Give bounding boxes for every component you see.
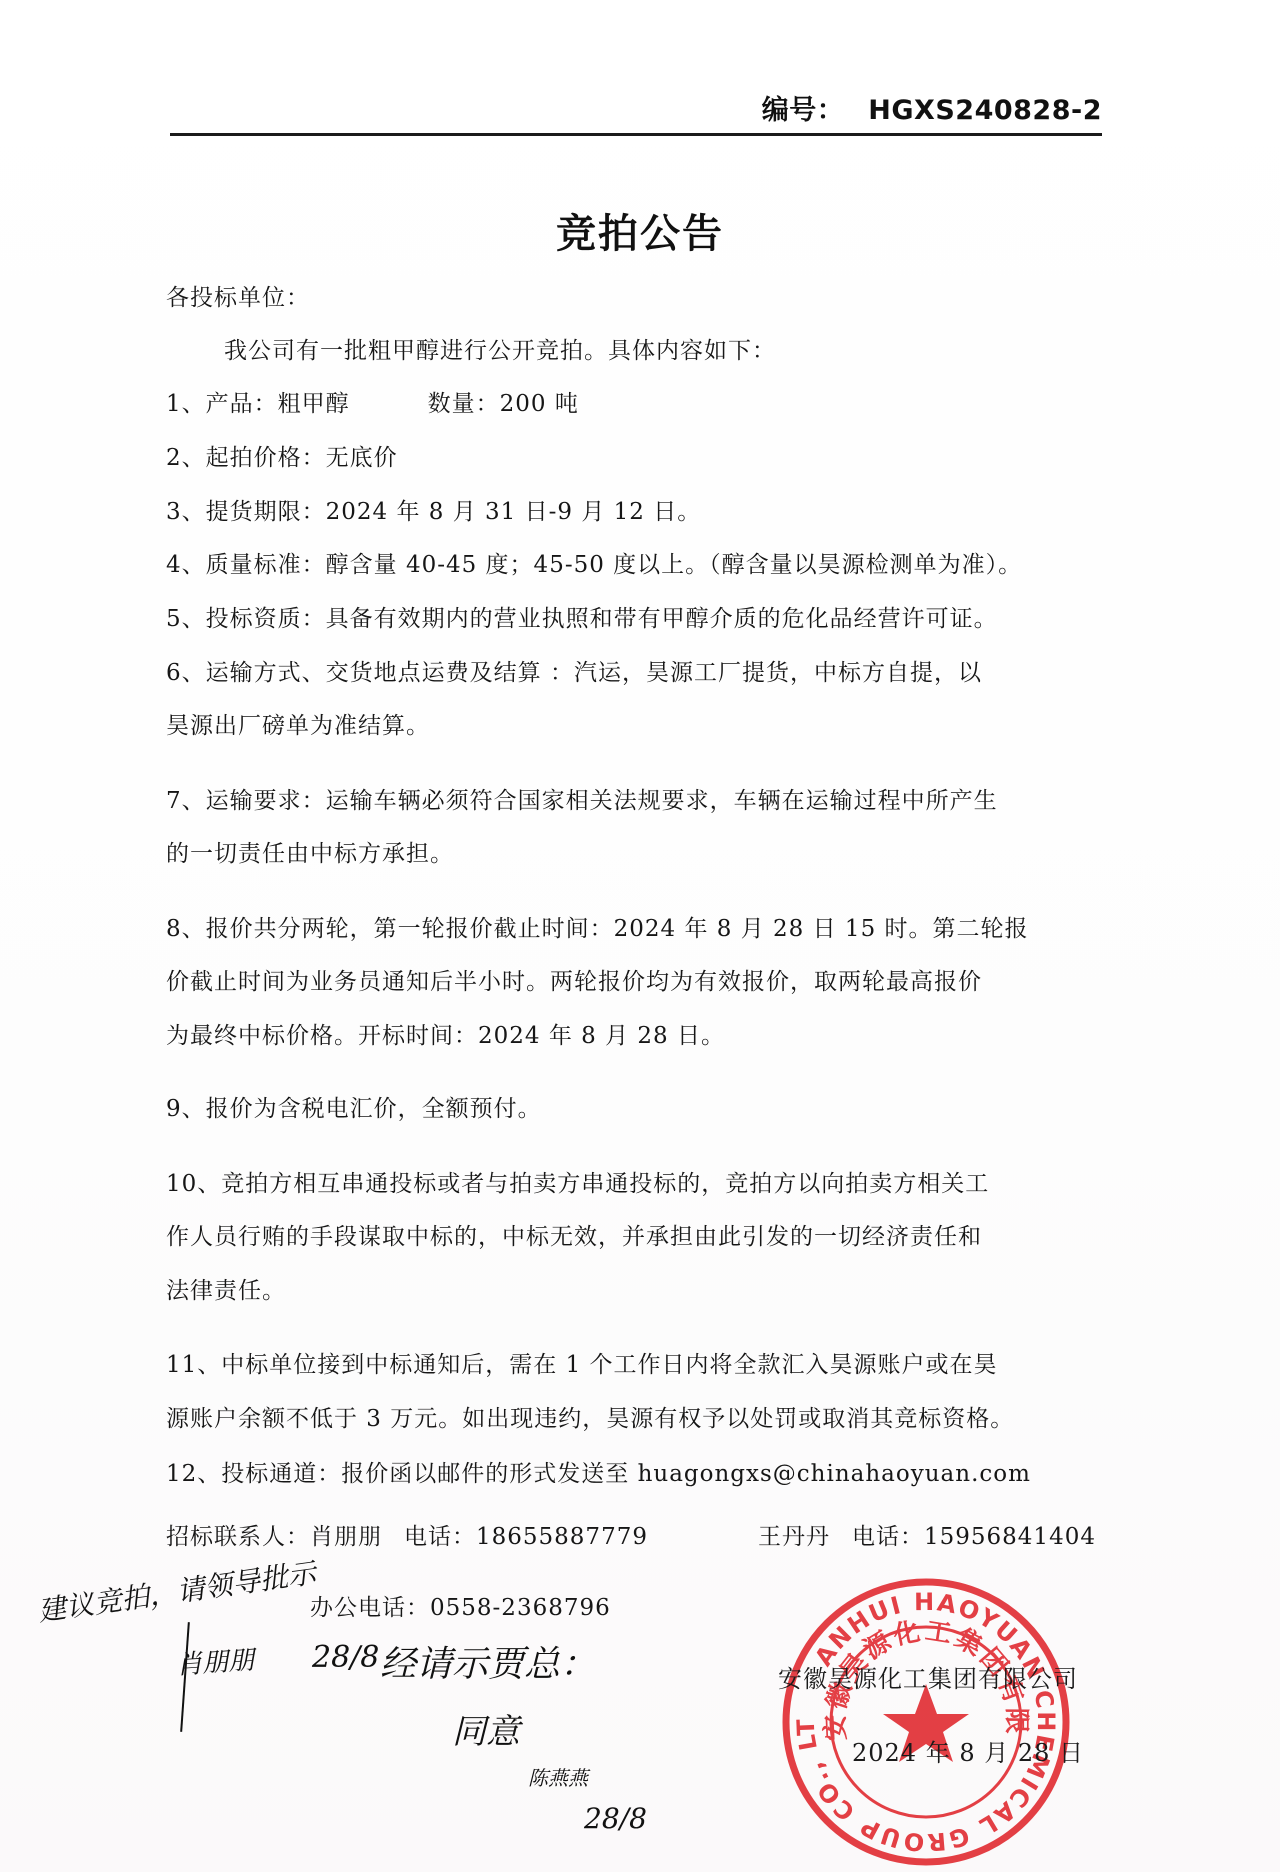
contacts-label: 招标联系人： (166, 1524, 310, 1550)
handwritten-date-2: 28/8 (584, 1802, 647, 1835)
item-3: 3、提货期限：2024 年 8 月 31 日-9 月 12 日。 (166, 493, 701, 526)
item-7-line-1: 7、运输要求：运输车辆必须符合国家相关法规要求，车辆在运输过程中所产生 (166, 782, 998, 815)
company-seal-stamp: ANHUI HAOYUAN CHEMICAL GROUP CO., LTD. 安… (776, 1572, 1076, 1872)
office-phone: 办公电话：0558-2368796 (310, 1589, 611, 1622)
contacts-line: 招标联系人：肖朋朋电话：18655887779 (166, 1518, 648, 1551)
handwritten-signature-2: 陈燕燕 (528, 1762, 588, 1791)
page-title: 竞拍公告 (0, 202, 1280, 259)
item-8-line-3: 为最终中标价格。开标时间：2024 年 8 月 28 日。 (166, 1017, 725, 1050)
item-8-line-1: 8、报价共分两轮，第一轮报价截止时间：2024 年 8 月 28 日 15 时。… (166, 910, 1029, 943)
contact-1-phone-label: 电话： (404, 1524, 476, 1550)
item-9: 9、报价为含税电汇价，全额预付。 (166, 1090, 542, 1123)
item-6-line-1: 6、运输方式、交货地点运费及结算 ：汽运，昊源工厂提货，中标方自提，以 (166, 654, 982, 687)
handwritten-note-suggestion: 建议竞拍，请领导批示 (35, 1551, 318, 1630)
item-10-line-1: 10、竞拍方相互串通投标或者与拍卖方串通投标的，竞拍方以向拍卖方相关工 (166, 1165, 989, 1198)
issuing-company: 安徽昊源化工集团有限公司 (778, 1659, 1078, 1694)
contact-2-phone-label: 电话： (852, 1524, 924, 1550)
contact-1-phone: 18655887779 (476, 1524, 648, 1550)
item-8-line-2: 价截止时间为业务员通知后半小时。两轮报价均为有效报价，取两轮最高报价 (166, 963, 982, 996)
header-divider (170, 133, 1102, 136)
item-7-line-2: 的一切责任由中标方承担。 (166, 835, 454, 868)
contact-1-name: 肖朋朋 (310, 1524, 382, 1550)
issue-date: 2024 年 8 月 28 日 (852, 1733, 1084, 1768)
item-10-line-2: 作人员行贿的手段谋取中标的，中标无效，并承担由此引发的一切经济责任和 (166, 1218, 982, 1251)
item-5: 5、投标资质：具备有效期内的营业执照和带有甲醇介质的危化品经营许可证。 (166, 600, 998, 633)
contact-2-phone: 15956841404 (924, 1524, 1096, 1550)
item-6-line-2: 昊源出厂磅单为准结算。 (166, 707, 430, 740)
document-number-label: 编号： (762, 95, 845, 126)
item-1-product: 1、产品：粗甲醇 (166, 391, 350, 417)
contact-2: 王丹丹电话：15956841404 (758, 1518, 1096, 1551)
salutation: 各投标单位： (166, 279, 310, 312)
document-number-value: HGXS240828-2 (868, 95, 1102, 126)
item-2: 2、起拍价格：无底价 (166, 439, 398, 472)
item-10-line-3: 法律责任。 (166, 1272, 286, 1305)
item-12-text: 12、投标通道：报价函以邮件的形式发送至 huagongxs@chinahaoy… (166, 1461, 1031, 1487)
handwritten-note-approved: 同意 (452, 1704, 520, 1753)
handwritten-note-consulted: 经请示贾总： (380, 1636, 596, 1687)
document-number: 编号：HGXS240828-2 (762, 88, 1102, 127)
item-4: 4、质量标准：醇含量 40-45 度；45-50 度以上。（醇含量以昊源检测单为… (166, 546, 1022, 579)
intro-paragraph: 我公司有一批粗甲醇进行公开竞拍。具体内容如下： (224, 332, 776, 365)
item-1: 1、产品：粗甲醇数量：200 吨 (166, 385, 579, 418)
item-11-line-2: 源账户余额不低于 3 万元。如出现违约，昊源有权予以处罚或取消其竞标资格。 (166, 1400, 1014, 1433)
document-page: 编号：HGXS240828-2 竞拍公告 各投标单位： 我公司有一批粗甲醇进行公… (0, 0, 1280, 1872)
contact-2-name: 王丹丹 (758, 1524, 830, 1550)
handwritten-date-1: 28/8 (312, 1640, 379, 1675)
office-phone-label: 办公电话： (310, 1595, 430, 1621)
item-12: 12、投标通道：报价函以邮件的形式发送至 huagongxs@chinahaoy… (166, 1455, 1031, 1488)
item-11-line-1: 11、中标单位接到中标通知后，需在 1 个工作日内将全款汇入昊源账户或在昊 (166, 1346, 998, 1379)
office-phone-value: 0558-2368796 (430, 1595, 611, 1621)
item-1-quantity: 数量：200 吨 (428, 391, 579, 417)
